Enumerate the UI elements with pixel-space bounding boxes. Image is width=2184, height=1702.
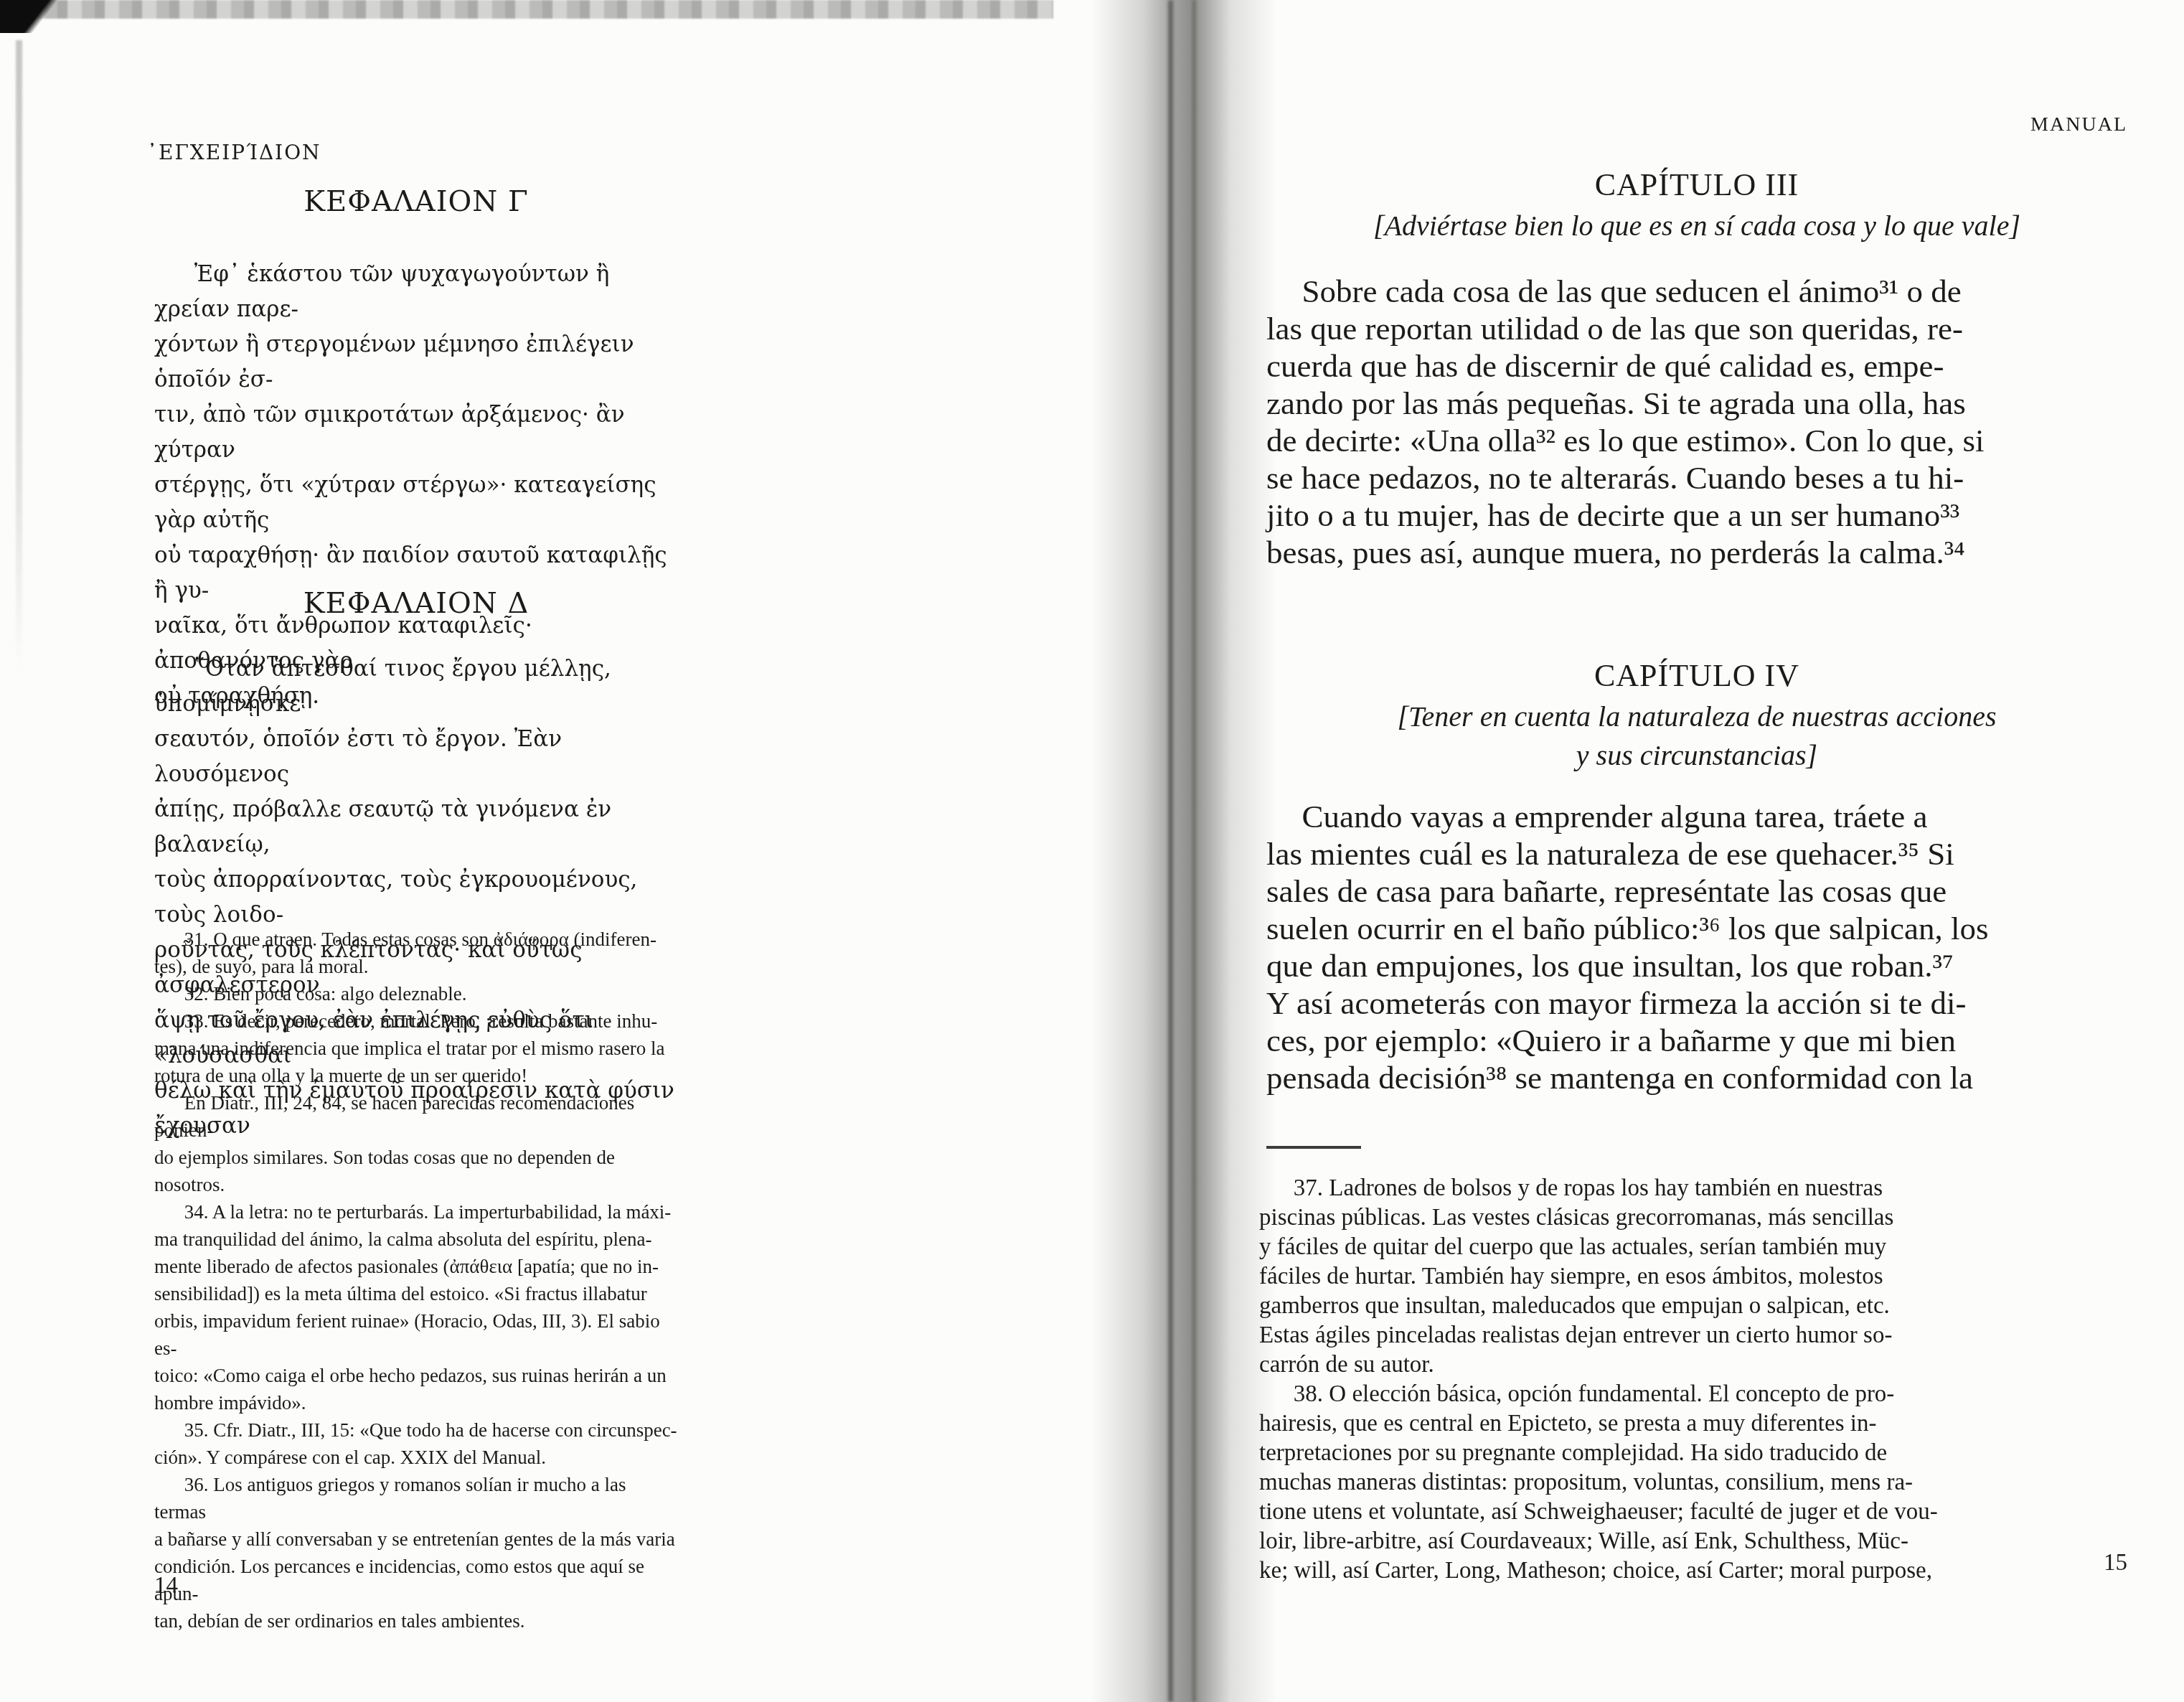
scan-left-edge-artifact xyxy=(16,40,22,672)
gutter-shadow-streak xyxy=(1168,0,1173,1702)
footnote-34: 34. A la letra: no te perturbarás. La im… xyxy=(154,1198,678,1416)
chapter-4-text: Cuando vayas a emprender alguna tarea, t… xyxy=(1266,798,2127,1096)
left-running-head: ᾿ΕΓΧΕΙΡΊΔΙΟΝ xyxy=(147,141,321,164)
left-page-number: 14 xyxy=(154,1573,178,1599)
scan-corner-artifact xyxy=(0,0,86,33)
right-page-number: 15 xyxy=(1266,1550,2178,1576)
chapter-delta-title: ΚΕΦΑΛΑΙΟΝ Δ xyxy=(154,587,678,620)
chapter-3-text: Sobre cada cosa de las que seducen el án… xyxy=(1266,273,2127,571)
right-footnotes: 37. Ladrones de bolsos y de ropas los ha… xyxy=(1259,1174,2149,1586)
footnote-33-continuation: En Diatr., III, 24, 84, se hacen parecid… xyxy=(154,1089,678,1198)
chapter-4-title: CAPÍTULO IV xyxy=(1266,657,2127,694)
book-gutter-shadow xyxy=(1091,0,1277,1702)
footnote-31: 31. O que atraen. Todas estas cosas son … xyxy=(154,926,678,980)
scan-top-edge-artifact xyxy=(20,0,1053,19)
gutter-shadow-streak xyxy=(1192,0,1196,1702)
footnote-divider-rule xyxy=(1266,1146,1361,1149)
right-running-head: MANUAL xyxy=(1266,113,2170,136)
footnote-35: 35. Cfr. Diatr., III, 15: «Que todo ha d… xyxy=(154,1416,678,1471)
chapter-gamma-text: Ἐφ᾽ ἑκάστου τῶν ψυχαγωγούντων ἢ χρείαν π… xyxy=(154,257,678,714)
chapter-gamma-title: ΚΕΦΑΛΑΙΟΝ Γ xyxy=(154,185,678,218)
footnote-36: 36. Los antiguos griegos y romanos solía… xyxy=(154,1471,678,1635)
chapter-4-subtitle: [Tener en cuenta la naturaleza de nuestr… xyxy=(1266,697,2127,775)
chapter-3-title: CAPÍTULO III xyxy=(1266,166,2127,203)
chapter-3-subtitle: [Adviértase bien lo que es en sí cada co… xyxy=(1266,207,2127,245)
footnote-37: 37. Ladrones de bolsos y de ropas los ha… xyxy=(1259,1174,2149,1380)
footnote-32: 32. Bien poca cosa: algo deleznable. xyxy=(154,980,678,1007)
left-footnotes: 31. O que atraen. Todas estas cosas son … xyxy=(154,926,678,1635)
footnote-33: 33. Es decir, perecedero, mortal. Pero, … xyxy=(154,1007,678,1089)
